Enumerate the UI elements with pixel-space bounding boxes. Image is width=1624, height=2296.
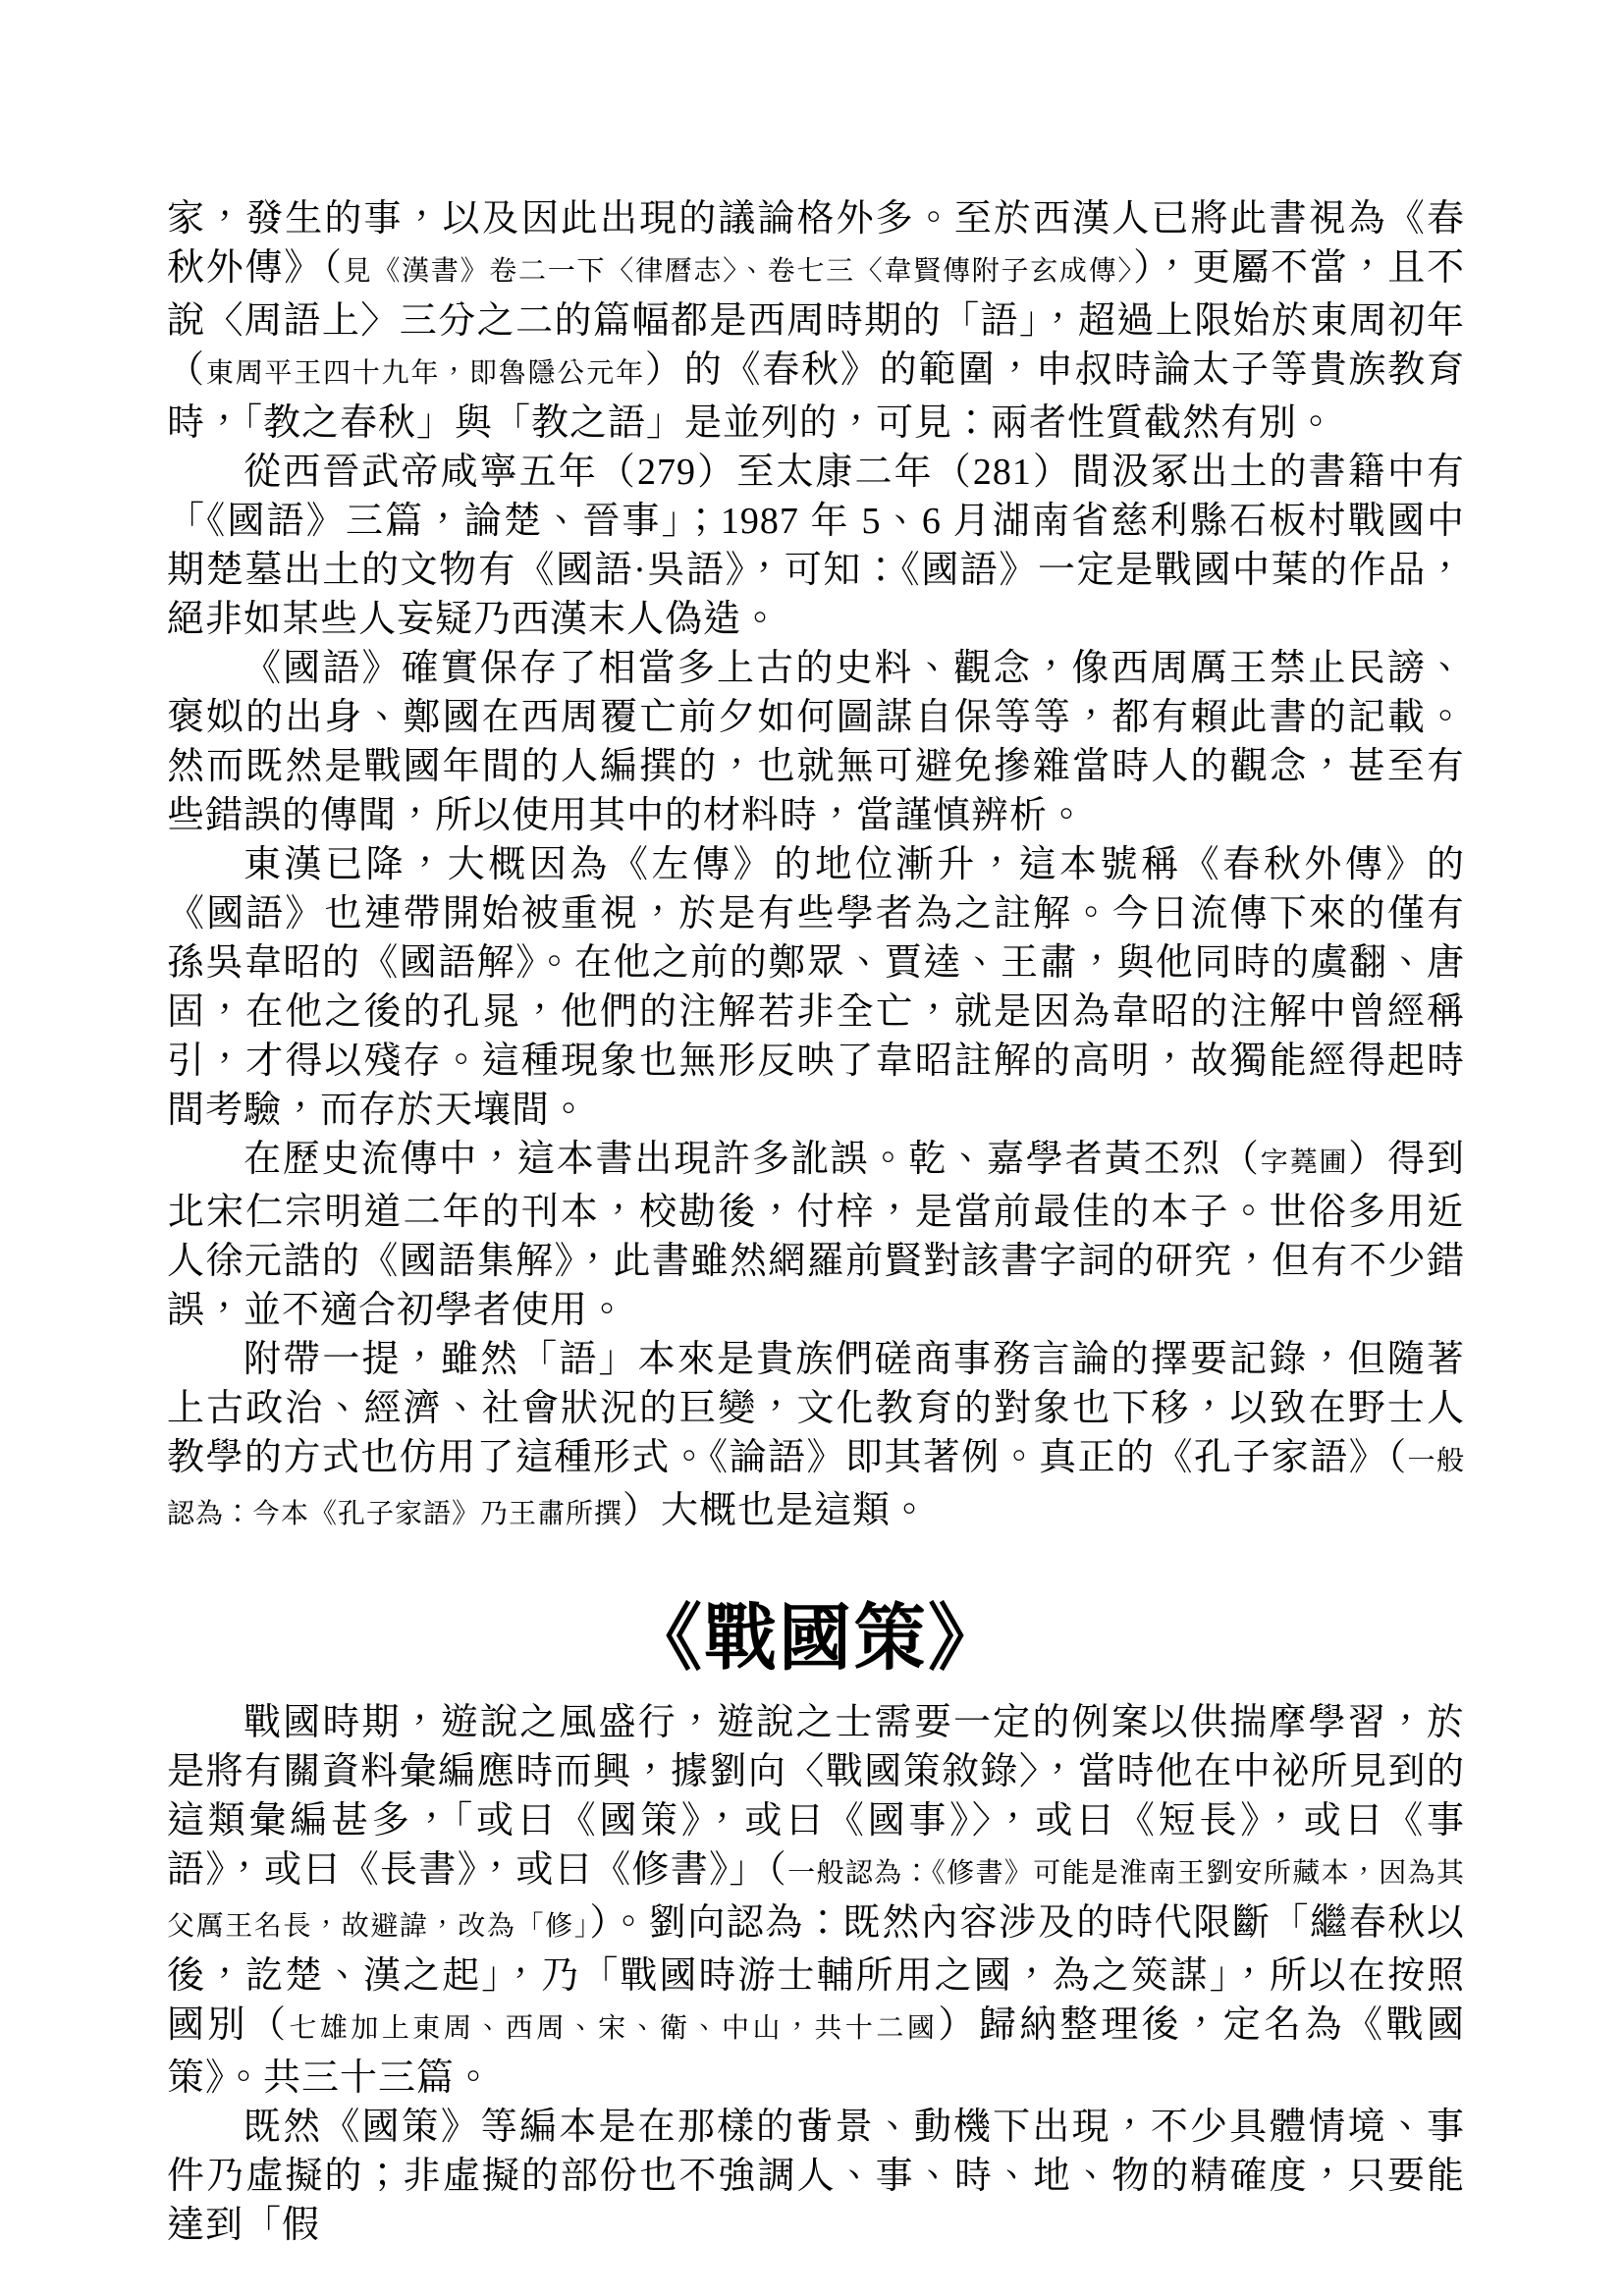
page-number: 3 [0, 2110, 1624, 2150]
text-run-small: 七雄加上東周、西周、宋、衛、中山，共十二國 [289, 2013, 938, 2044]
section-heading: 《戰國策》 [167, 1596, 1465, 1682]
text-block: 家，發生的事，以及因此出現的議論格外多。至於西漢人已將此書視為《春秋外傳》（見《… [167, 194, 1465, 2250]
text-run-small: 東周平王四十九年，即魯隱公元年 [206, 358, 645, 389]
text-run-small: 見《漢書》卷二一下〈律曆志〉、卷七三〈韋賢傳附子玄成傳〉 [344, 256, 1133, 287]
text-run: ）大概也是這類。 [623, 1490, 929, 1531]
text-run-small: 字蕘圃 [1261, 1148, 1349, 1178]
text-run: 從西晉武帝咸寧五年（279）至太康二年（281）間汲冢出土的書籍中有「《國語》三… [167, 452, 1465, 640]
paragraph: 戰國時期，遊說之風盛行，遊說之士需要一定的例案以供揣摩學習，於是將有關資料彙編應… [167, 1698, 1465, 2103]
text-run: 《國語》確實保存了相當多上古的史料、觀念，像西周厲王禁止民謗、褒姒的出身、鄭國在… [167, 648, 1465, 836]
paragraph: 在歷史流傳中，這本書出現許多訛誤。乾、嘉學者黃丕烈（字蕘圃）得到北宋仁宗明道二年… [167, 1135, 1465, 1335]
paragraph: 家，發生的事，以及因此出現的議論格外多。至於西漢人已將此書視為《春秋外傳》（見《… [167, 194, 1465, 448]
text-run: 東漢已降，大概因為《左傳》的地位漸升，這本號稱《春秋外傳》的《國語》也連帶開始被… [167, 844, 1465, 1131]
text-run: 附帶一提，雖然「語」本來是貴族們磋商事務言論的擇要記錄，但隨著上古政治、經濟、社… [167, 1339, 1465, 1478]
paragraph: 東漢已降，大概因為《左傳》的地位漸升，這本號稱《春秋外傳》的《國語》也連帶開始被… [167, 840, 1465, 1135]
paragraph: 從西晉武帝咸寧五年（279）至太康二年（281）間汲冢出土的書籍中有「《國語》三… [167, 448, 1465, 644]
paragraph: 附帶一提，雖然「語」本來是貴族們磋商事務言論的擇要記錄，但隨著上古政治、經濟、社… [167, 1335, 1465, 1539]
document-page: 家，發生的事，以及因此出現的議論格外多。至於西漢人已將此書視為《春秋外傳》（見《… [0, 0, 1624, 2296]
paragraph: 《國語》確實保存了相當多上古的史料、觀念，像西周厲王禁止民謗、褒姒的出身、鄭國在… [167, 644, 1465, 840]
text-run: 在歷史流傳中，這本書出現許多訛誤。乾、嘉學者黃丕烈（ [244, 1139, 1261, 1180]
